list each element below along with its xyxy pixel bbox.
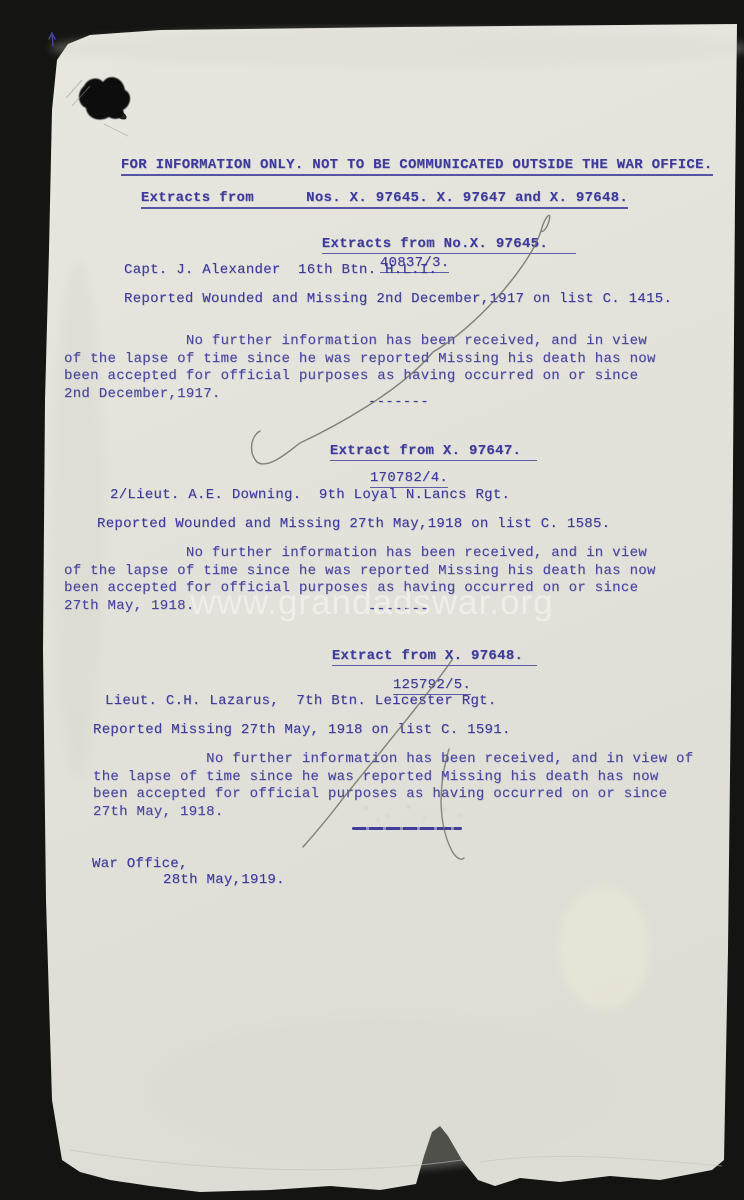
extracts-subheader: Extracts from Nos. X. 97645. X. 97647 an…	[106, 172, 628, 225]
section3-person: Lieut. C.H. Lazarus, 7th Btn. Leicester …	[105, 693, 497, 711]
footer-date: 28th May,1919.	[163, 872, 285, 890]
scan-background: { "page": { "background_color": "#141412…	[0, 0, 744, 1200]
section3-reference-text: 125792/5.	[393, 677, 471, 695]
section2-person: 2/Lieut. A.E. Downing. 9th Loyal N.Lancs…	[110, 487, 510, 505]
section3-reported: Reported Missing 27th May, 1918 on list …	[93, 722, 511, 740]
section1-reported: Reported Wounded and Missing 2nd Decembe…	[124, 291, 672, 309]
stamp-underline	[352, 827, 462, 830]
section2-reported: Reported Wounded and Missing 27th May,19…	[97, 516, 610, 534]
section1-person: Capt. J. Alexander 16th Btn. H.L.I.	[124, 262, 437, 280]
watermark: www.grandadswar.org	[190, 583, 553, 623]
section2-reference-text: 170782/4.	[370, 470, 448, 488]
extracts-subheader-text: Extracts from Nos. X. 97645. X. 97647 an…	[141, 190, 628, 209]
faint-stamp	[352, 801, 470, 825]
footer-office: War Office,	[92, 856, 188, 874]
section1-body: No further information has been received…	[64, 333, 656, 403]
section1-separator: -------	[368, 394, 429, 412]
